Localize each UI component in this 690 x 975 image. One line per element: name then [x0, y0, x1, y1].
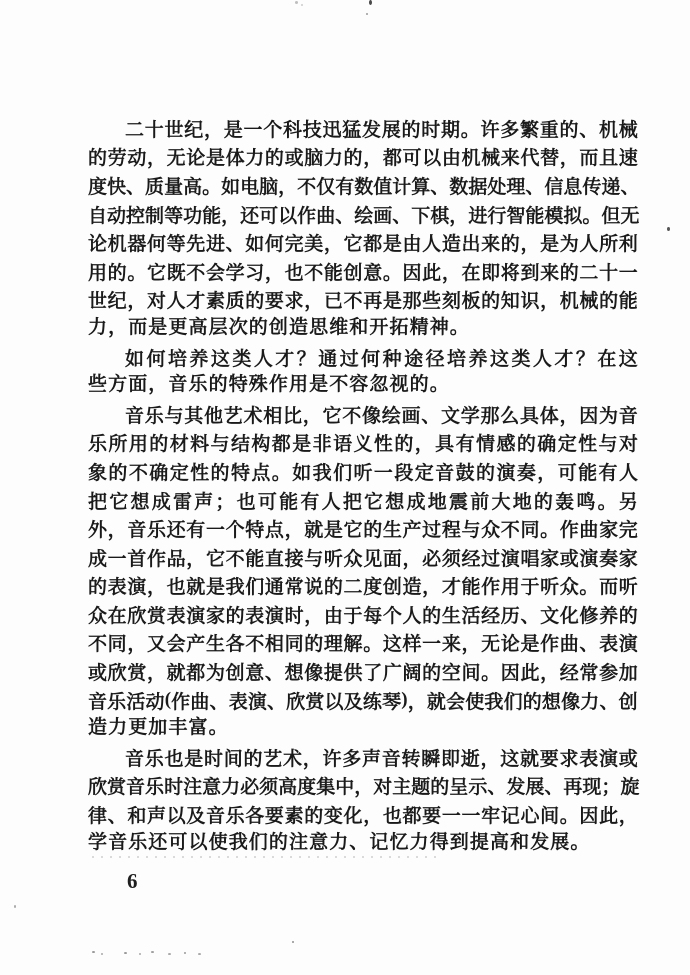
text-line: 论机器何等先进、如何完美，它都是由人造出来的，是为人所利: [88, 228, 638, 257]
paragraph: 音乐与其他艺术相比，它不像绘画、文学那么具体，因为音乐所用的材料与结构都是非语义…: [88, 400, 638, 743]
text-line: 的表演，也就是我们通常说的二度创造，才能作用于听众。而听: [88, 572, 638, 601]
text-line: 欣赏音乐时注意力必须高度集中，对主题的呈示、发展、再现；旋: [88, 772, 638, 801]
scan-speck: [198, 953, 201, 955]
scan-speck: [139, 953, 141, 955]
text-line: 把它想成雷声；也可能有人把它想成地震前大地的轰鸣。另: [88, 486, 638, 515]
scan-speck: [168, 953, 171, 955]
text-line: 的劳动，无论是体力的或脑力的，都可以由机械来代替，而且速: [88, 143, 638, 172]
scan-speck: [292, 941, 294, 943]
scan-noise-row: [92, 856, 442, 858]
scan-speck: [295, 1, 298, 4]
text-line: 外，音乐还有一个特点，就是它的生产过程与众不同。作曲家完: [88, 514, 638, 543]
scan-speck: [366, 13, 368, 15]
text-line: 音乐活动(作曲、表演、欣赏以及练琴)，就会使我们的想像力、创: [88, 686, 638, 715]
text-line: 律、和声以及音乐各要素的变化，也都要一一牢记心间。因此，: [88, 800, 638, 829]
paragraph: 音乐也是时间的艺术，许多声音转瞬即逝，这就要求表演或欣赏音乐时注意力必须高度集中…: [88, 743, 638, 857]
scan-speck: [124, 952, 127, 954]
scanned-book-page: 二十世纪，是一个科技迅猛发展的时期。许多繁重的、机械的劳动，无论是体力的或脑力的…: [0, 0, 690, 975]
text-line: 不同，又会产生各不相同的理解。这样一来，无论是作曲、表演: [88, 629, 638, 658]
paragraph: 二十世纪，是一个科技迅猛发展的时期。许多繁重的、机械的劳动，无论是体力的或脑力的…: [88, 114, 638, 343]
text-line: 象的不确定性的特点。如我们听一段定音鼓的演奏，可能有人: [88, 457, 638, 486]
scan-speck: [92, 951, 95, 953]
text-line: 或欣赏，就都为创意、想像提供了广阔的空间。因此，经常参加: [88, 657, 638, 686]
scan-speck: [667, 227, 670, 231]
text-line: 二十世纪，是一个科技迅猛发展的时期。许多繁重的、机械: [88, 114, 638, 143]
scan-speck: [101, 953, 103, 955]
text-line: 用的。它既不会学习，也不能创意。因此，在即将到来的二十一: [88, 257, 638, 286]
text-line: 如何培养这类人才？通过何种途径培养这类人才？在这: [88, 343, 638, 372]
text-line: 学音乐还可以使我们的注意力、记忆力得到提高和发展。: [88, 829, 638, 858]
text-line: 音乐也是时间的艺术，许多声音转瞬即逝，这就要求表演或: [88, 743, 638, 772]
text-line: 度快、质量高。如电脑，不仅有数值计算、数据处理、信息传递、: [88, 171, 638, 200]
scan-speck: [369, 0, 372, 5]
text-line: 些方面，音乐的特殊作用是不容忽视的。: [88, 371, 638, 400]
scan-speck: [301, 4, 303, 6]
text-line: 众在欣赏表演家的表演时，由于每个人的生活经历、文化修养的: [88, 600, 638, 629]
text-line: 乐所用的材料与结构都是非语义性的，具有情感的确定性与对: [88, 429, 638, 458]
text-line: 音乐与其他艺术相比，它不像绘画、文学那么具体，因为音: [88, 400, 638, 429]
text-line: 自动控制等功能，还可以作曲、绘画、下棋，进行智能模拟。但无: [88, 200, 638, 229]
text-line: 造力更加丰富。: [88, 714, 638, 743]
scan-speck: [184, 952, 186, 954]
paragraph: 如何培养这类人才？通过何种途径培养这类人才？在这些方面，音乐的特殊作用是不容忽视…: [88, 343, 638, 400]
text-line: 成一首作品，它不能直接与听众见面，必须经过演唱家或演奏家: [88, 543, 638, 572]
page-number: 6: [127, 869, 138, 894]
scan-speck: [14, 905, 16, 908]
scan-speck: [151, 951, 154, 953]
text-line: 世纪，对人才素质的要求，已不再是那些刻板的知识，机械的能: [88, 286, 638, 315]
text-line: 力，而是更高层次的创造思维和开拓精神。: [88, 314, 638, 343]
text-block: 二十世纪，是一个科技迅猛发展的时期。许多繁重的、机械的劳动，无论是体力的或脑力的…: [88, 114, 638, 857]
